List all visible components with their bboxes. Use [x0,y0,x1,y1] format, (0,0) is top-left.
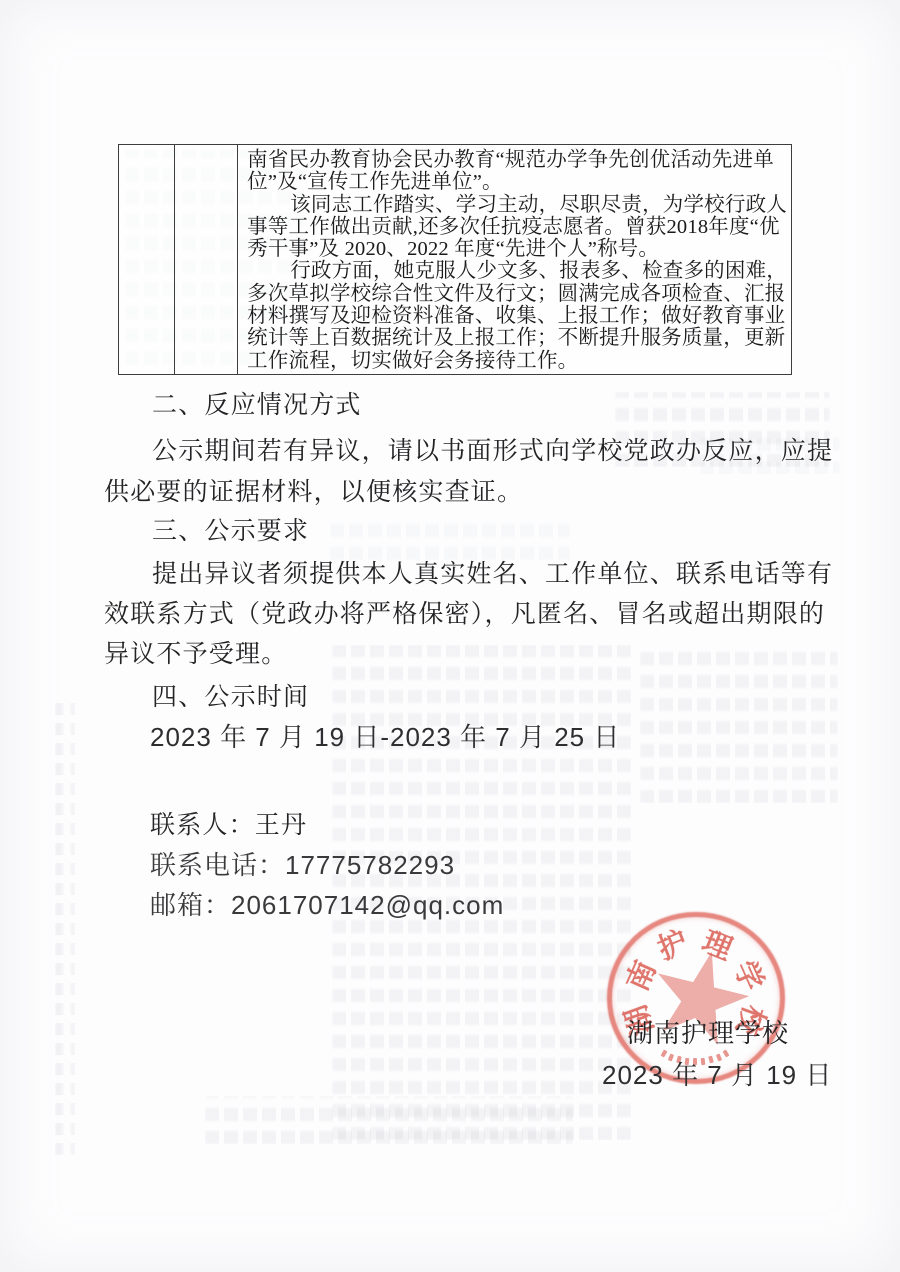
table-cell-evaluation-text: 南省民办教育协会民办教育“规范办学争先创优活动先进单 位”及“宣传工作先进单位”… [238,145,791,374]
signature-date: 2023 年 7 月 19 日 [602,1062,832,1089]
table-text-line: 多次草拟学校综合性文件及行文；圆满完成各项检查、汇报 [247,283,787,305]
seal-arc-char: 南 [622,956,662,996]
table-cell-empty-1 [119,145,175,374]
bleedthrough-ghost [330,520,570,560]
seal-ring-circle [607,912,785,1084]
section3-text-line: 效联系方式（党政办将严格保密），凡匿名、冒名或超出期限的 [104,601,825,628]
table-text-line: 秀干事”及 2020、2022 年度“先进个人”称号。 [247,238,787,260]
section3-text-line: 提出异议者须提供本人真实姓名、工作单位、联系电话等有 [152,561,833,588]
evaluation-table: 南省民办教育协会民办教育“规范办学争先创优活动先进单 位”及“宣传工作先进单位”… [118,144,792,375]
table-text-line: 行政方面，她克服人少文多、报表多、检查多的困难， [247,260,787,282]
table-text-line: 南省民办教育协会民办教育“规范办学争先创优活动先进单 [247,149,787,171]
seal-serial-mark [661,1049,668,1057]
table-text-line: 材料撰写及迎检资料准备、收集、上报工作；做好教育事业 [247,305,787,327]
section2-text-line: 公示期间若有异议，请以书面形式向学校党政办反应，应提 [152,438,833,465]
section3-text-line: 异议不予受理。 [104,641,287,668]
seal-serial-mark [723,1049,730,1057]
notice-period: 2023 年 7 月 19 日-2023 年 7 月 25 日 [150,724,620,751]
signature-org: 湖南护理学校 [627,1020,789,1047]
table-text-line: 事等工作做出贡献,还多次任抗疫志愿者。曾获2018年度“优 [247,216,787,238]
table-text-line: 位”及“宣传工作先进单位”。 [247,171,787,193]
contact-phone: 联系电话：17775782293 [150,852,455,879]
seal-arc-char: 护 [653,926,692,965]
bleedthrough-ghost [205,1096,573,1144]
contact-person: 联系人：王丹 [150,812,307,839]
bleedthrough-ghost [55,695,75,1155]
section2-heading: 二、反应情况方式 [152,392,362,419]
section3-heading: 三、公示要求 [152,518,309,545]
table-text-line: 该同志工作踏实、学习主动，尽职尽责，为学校行政人 [247,194,787,216]
section4-heading: 四、公示时间 [152,684,309,711]
official-seal: 湖 南 护 理 学 校 [607,912,785,1084]
table-cell-empty-2 [175,145,238,374]
bleedthrough-ghost [640,645,838,803]
document-page: 南省民办教育协会民办教育“规范办学争先创优活动先进单 位”及“宣传工作先进单位”… [0,0,900,1272]
table-text-line: 统计等上百数据统计及上报工作；不断提升服务质量，更新 [247,327,787,349]
seal-arc-char: 学 [728,956,768,996]
seal-arc-char: 理 [697,926,736,965]
table-text-line: 工作流程，切实做好会务接待工作。 [247,350,787,372]
section2-text-line: 供必要的证据材料，以便核实查证。 [104,479,523,506]
contact-email: 邮箱：2061707142@qq.com [150,892,504,919]
